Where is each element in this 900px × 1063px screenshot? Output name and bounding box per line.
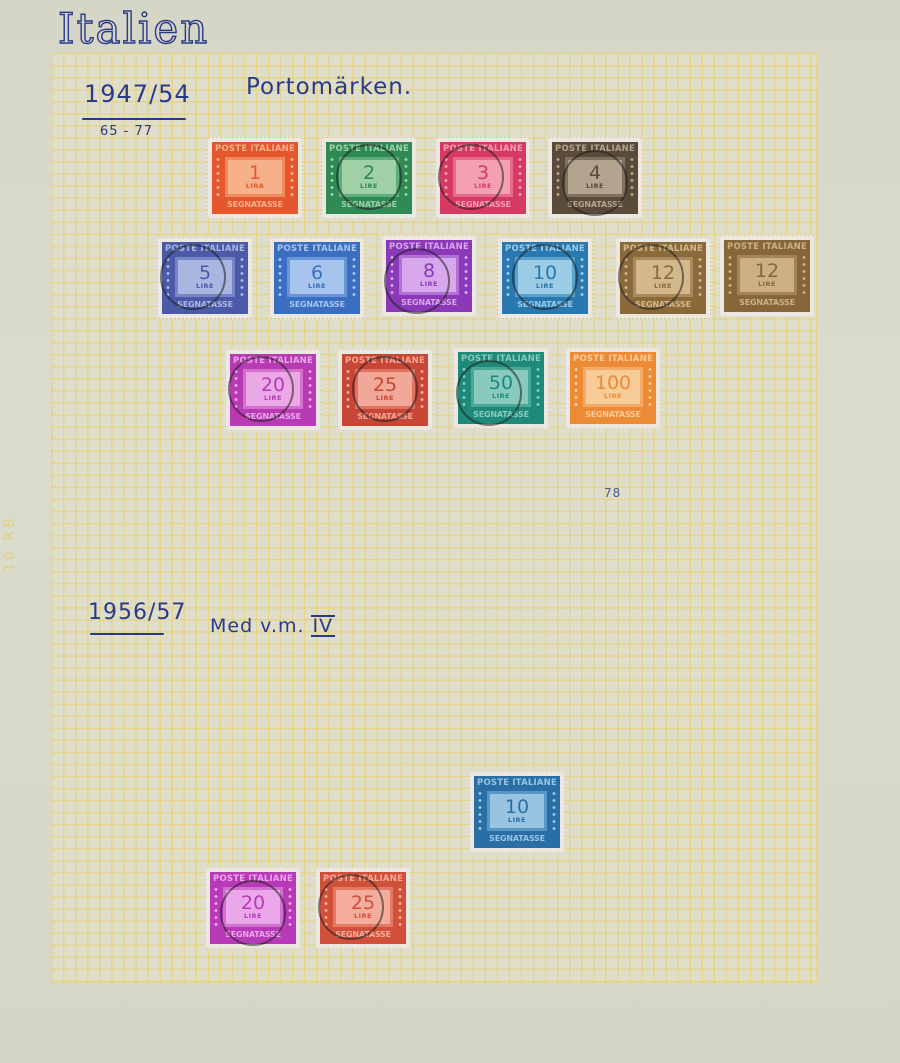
stamp-value: 12 bbox=[651, 264, 675, 282]
stamp-country: POSTE ITALIANE bbox=[277, 244, 357, 254]
stamp-unit: LIRE bbox=[536, 282, 554, 290]
ornament-border bbox=[442, 156, 450, 200]
page-title: Italien bbox=[58, 4, 209, 53]
stamp-value: 25 bbox=[373, 376, 397, 394]
stamp-unit: LIRE bbox=[604, 392, 622, 400]
ornament-border bbox=[516, 156, 524, 200]
stamp-design: POSTE ITALIANE2LIRESEGNATASSE bbox=[326, 142, 412, 214]
stamp-type: SEGNATASSE bbox=[289, 300, 345, 309]
stamp-design: POSTE ITALIANE20LIRESEGNATASSE bbox=[210, 872, 296, 944]
ornament-border bbox=[534, 366, 542, 410]
ornament-border bbox=[276, 256, 284, 300]
stamp-value: 3 bbox=[477, 164, 489, 182]
stamp-type: SEGNATASSE bbox=[455, 200, 511, 209]
stamp-unit: LIRE bbox=[420, 280, 438, 288]
section-2-underline bbox=[90, 633, 164, 635]
stamp-20-lire: POSTE ITALIANE20LIRESEGNATASSE bbox=[206, 868, 300, 948]
stamp-unit: LIRE bbox=[354, 912, 372, 920]
ornament-border bbox=[288, 156, 296, 200]
ornament-border bbox=[322, 886, 330, 930]
stamp-type: SEGNATASSE bbox=[335, 930, 391, 939]
ornament-border bbox=[350, 256, 358, 300]
stamp-type: SEGNATASSE bbox=[473, 410, 529, 419]
stamp-unit: LIRE bbox=[474, 182, 492, 190]
stamp-design: POSTE ITALIANE6LIRESEGNATASSE bbox=[274, 242, 360, 314]
stamp-type: SEGNATASSE bbox=[401, 298, 457, 307]
stamp-type: SEGNATASSE bbox=[567, 200, 623, 209]
stamp-12-lire: POSTE ITALIANE12LIRESEGNATASSE bbox=[720, 236, 814, 316]
stamp-10-lire: POSTE ITALIANE10LIRESEGNATASSE bbox=[470, 772, 564, 852]
stamp-value-panel: 100LIRE bbox=[582, 366, 644, 408]
stamp-value: 5 bbox=[199, 264, 211, 282]
ornament-border bbox=[212, 886, 220, 930]
stamp-type: SEGNATASSE bbox=[245, 412, 301, 421]
stamp-type: SEGNATASSE bbox=[177, 300, 233, 309]
ornament-border bbox=[396, 886, 404, 930]
stamp-value-panel: 10LIRE bbox=[486, 790, 548, 832]
stamp-country: POSTE ITALIANE bbox=[555, 144, 635, 154]
margin-mark: 10 RB bbox=[2, 515, 18, 572]
ornament-border bbox=[164, 256, 172, 300]
stamp-value-panel: 12LIRE bbox=[736, 254, 798, 296]
stamp-design: POSTE ITALIANE20LIRESEGNATASSE bbox=[230, 354, 316, 426]
stamp-value-panel: 20LIRE bbox=[242, 368, 304, 410]
ornament-border bbox=[418, 368, 426, 412]
stamp-country: POSTE ITALIANE bbox=[461, 354, 541, 364]
stamp-type: SEGNATASSE bbox=[585, 410, 641, 419]
stamp-value-panel: 3LIRE bbox=[452, 156, 514, 198]
ornament-border bbox=[460, 366, 468, 410]
stamp-value-panel: 12LIRE bbox=[632, 256, 694, 298]
ornament-border bbox=[554, 156, 562, 200]
stamp-design: POSTE ITALIANE10LIRESEGNATASSE bbox=[474, 776, 560, 848]
stamp-country: POSTE ITALIANE bbox=[233, 356, 313, 366]
ornament-border bbox=[232, 368, 240, 412]
stamp-country: POSTE ITALIANE bbox=[215, 144, 295, 154]
stamp-2-lire: POSTE ITALIANE2LIRESEGNATASSE bbox=[322, 138, 416, 218]
watermark-roman: IV bbox=[311, 615, 336, 637]
ornament-border bbox=[388, 254, 396, 298]
ornament-border bbox=[628, 156, 636, 200]
stamp-type: SEGNATASSE bbox=[227, 200, 283, 209]
stamp-value: 4 bbox=[589, 164, 601, 182]
ornament-border bbox=[696, 256, 704, 300]
stamp-value-panel: 20LIRE bbox=[222, 886, 284, 928]
stamp-4-lire: POSTE ITALIANE4LIRESEGNATASSE bbox=[548, 138, 642, 218]
stamp-value-panel: 4LIRE bbox=[564, 156, 626, 198]
ornament-border bbox=[504, 256, 512, 300]
section-1-label: Portomärken. bbox=[246, 74, 412, 100]
stamp-unit: LIRE bbox=[654, 282, 672, 290]
stamp-design: POSTE ITALIANE25LIRESEGNATASSE bbox=[342, 354, 428, 426]
stamp-country: POSTE ITALIANE bbox=[389, 242, 469, 252]
stamp-value-panel: 50LIRE bbox=[470, 366, 532, 408]
stamp-value: 10 bbox=[533, 264, 557, 282]
stamp-design: POSTE ITALIANE8LIRESEGNATASSE bbox=[386, 240, 472, 312]
ornament-border bbox=[462, 254, 470, 298]
stamp-value-panel: 10LIRE bbox=[514, 256, 576, 298]
stamp-type: SEGNATASSE bbox=[517, 300, 573, 309]
ornament-border bbox=[286, 886, 294, 930]
ornament-border bbox=[476, 790, 484, 834]
stamp-design: POSTE ITALIANE4LIRESEGNATASSE bbox=[552, 142, 638, 214]
stamp-unit: LIRE bbox=[196, 282, 214, 290]
stamp-unit: LIRE bbox=[492, 392, 510, 400]
stamp-3-lire: POSTE ITALIANE3LIRESEGNATASSE bbox=[436, 138, 530, 218]
stamp-country: POSTE ITALIANE bbox=[213, 874, 293, 884]
stamp-unit: LIRE bbox=[308, 282, 326, 290]
stamp-country: POSTE ITALIANE bbox=[623, 244, 703, 254]
stamp-25-lire: POSTE ITALIANE25LIRESEGNATASSE bbox=[316, 868, 410, 948]
stamp-value: 12 bbox=[755, 262, 779, 280]
stamp-value-panel: 8LIRE bbox=[398, 254, 460, 296]
stamp-design: POSTE ITALIANE50LIRESEGNATASSE bbox=[458, 352, 544, 424]
stamp-unit: LIRE bbox=[264, 394, 282, 402]
ornament-border bbox=[238, 256, 246, 300]
section-2-years: 1956/57 bbox=[88, 600, 186, 625]
stamp-country: POSTE ITALIANE bbox=[727, 242, 807, 252]
stamp-value-panel: 5LIRE bbox=[174, 256, 236, 298]
stamp-unit: LIRE bbox=[508, 816, 526, 824]
stamp-5-lire: POSTE ITALIANE5LIRESEGNATASSE bbox=[158, 238, 252, 318]
stamp-country: POSTE ITALIANE bbox=[477, 778, 557, 788]
stamp-country: POSTE ITALIANE bbox=[505, 244, 585, 254]
section-1-years: 1947/54 bbox=[84, 80, 191, 108]
stamp-type: SEGNATASSE bbox=[357, 412, 413, 421]
stamp-value-panel: 2LIRE bbox=[338, 156, 400, 198]
stamp-design: POSTE ITALIANE100LIRESEGNATASSE bbox=[570, 352, 656, 424]
album-page: Italien 10 RB 1947/54 65 - 77 Portomärke… bbox=[0, 0, 900, 1063]
ornament-border bbox=[572, 366, 580, 410]
stamp-design: POSTE ITALIANE5LIRESEGNATASSE bbox=[162, 242, 248, 314]
ornament-border bbox=[646, 366, 654, 410]
stamp-value-panel: 1LIRA bbox=[224, 156, 286, 198]
stamp-value: 8 bbox=[423, 262, 435, 280]
stamp-unit: LIRE bbox=[360, 182, 378, 190]
stamp-value-panel: 6LIRE bbox=[286, 256, 348, 298]
stamp-design: POSTE ITALIANE12LIRESEGNATASSE bbox=[724, 240, 810, 312]
stamp-type: SEGNATASSE bbox=[739, 298, 795, 307]
stamp-20-lire: POSTE ITALIANE20LIRESEGNATASSE bbox=[226, 350, 320, 430]
stamp-value: 10 bbox=[505, 798, 529, 816]
stamp-country: POSTE ITALIANE bbox=[443, 144, 523, 154]
stamp-value: 50 bbox=[489, 374, 513, 392]
stamp-type: SEGNATASSE bbox=[225, 930, 281, 939]
stamp-country: POSTE ITALIANE bbox=[573, 354, 653, 364]
stamp-design: POSTE ITALIANE10LIRESEGNATASSE bbox=[502, 242, 588, 314]
stamp-design: POSTE ITALIANE25LIRESEGNATASSE bbox=[320, 872, 406, 944]
stamp-country: POSTE ITALIANE bbox=[329, 144, 409, 154]
stamp-50-lire: POSTE ITALIANE50LIRESEGNATASSE bbox=[454, 348, 548, 428]
stamp-design: POSTE ITALIANE3LIRESEGNATASSE bbox=[440, 142, 526, 214]
stamp-unit: LIRE bbox=[586, 182, 604, 190]
ornament-border bbox=[622, 256, 630, 300]
stamp-100-lire: POSTE ITALIANE100LIRESEGNATASSE bbox=[566, 348, 660, 428]
stamp-country: POSTE ITALIANE bbox=[345, 356, 425, 366]
stamp-10-lire: POSTE ITALIANE10LIRESEGNATASSE bbox=[498, 238, 592, 318]
ornament-border bbox=[550, 790, 558, 834]
ornament-border bbox=[578, 256, 586, 300]
stamp-country: POSTE ITALIANE bbox=[165, 244, 245, 254]
stamp-type: SEGNATASSE bbox=[341, 200, 397, 209]
stamp-6-lire: POSTE ITALIANE6LIRESEGNATASSE bbox=[270, 238, 364, 318]
section-2-label: Med v.m.IV bbox=[210, 615, 335, 637]
section-1-catalog-range: 65 - 77 bbox=[100, 124, 153, 139]
ornament-border bbox=[306, 368, 314, 412]
ornament-border bbox=[344, 368, 352, 412]
stamp-unit: LIRA bbox=[246, 182, 265, 190]
stamp-type: SEGNATASSE bbox=[489, 834, 545, 843]
stamp-25-lire: POSTE ITALIANE25LIRESEGNATASSE bbox=[338, 350, 432, 430]
stamp-value: 20 bbox=[241, 894, 265, 912]
stamp-1-lire: POSTE ITALIANE1LIRASEGNATASSE bbox=[208, 138, 302, 218]
section-1-note: 78 bbox=[604, 486, 621, 500]
stamp-value: 20 bbox=[261, 376, 285, 394]
stamp-unit: LIRE bbox=[244, 912, 262, 920]
stamp-8-lire: POSTE ITALIANE8LIRESEGNATASSE bbox=[382, 236, 476, 316]
section-1-underline bbox=[82, 118, 186, 120]
stamp-design: POSTE ITALIANE12LIRESEGNATASSE bbox=[620, 242, 706, 314]
stamp-value: 2 bbox=[363, 164, 375, 182]
ornament-border bbox=[328, 156, 336, 200]
stamp-value: 25 bbox=[351, 894, 375, 912]
stamp-value-panel: 25LIRE bbox=[332, 886, 394, 928]
ornament-border bbox=[726, 254, 734, 298]
stamp-country: POSTE ITALIANE bbox=[323, 874, 403, 884]
stamp-value-panel: 25LIRE bbox=[354, 368, 416, 410]
ornament-border bbox=[402, 156, 410, 200]
stamp-12-lire: POSTE ITALIANE12LIRESEGNATASSE bbox=[616, 238, 710, 318]
ornament-border bbox=[800, 254, 808, 298]
stamp-type: SEGNATASSE bbox=[635, 300, 691, 309]
stamp-value: 1 bbox=[249, 164, 261, 182]
stamp-value: 6 bbox=[311, 264, 323, 282]
stamp-unit: LIRE bbox=[758, 280, 776, 288]
stamp-unit: LIRE bbox=[376, 394, 394, 402]
watermark-label: Med v.m. bbox=[210, 615, 305, 637]
ornament-border bbox=[214, 156, 222, 200]
stamp-value: 100 bbox=[595, 374, 631, 392]
stamp-design: POSTE ITALIANE1LIRASEGNATASSE bbox=[212, 142, 298, 214]
